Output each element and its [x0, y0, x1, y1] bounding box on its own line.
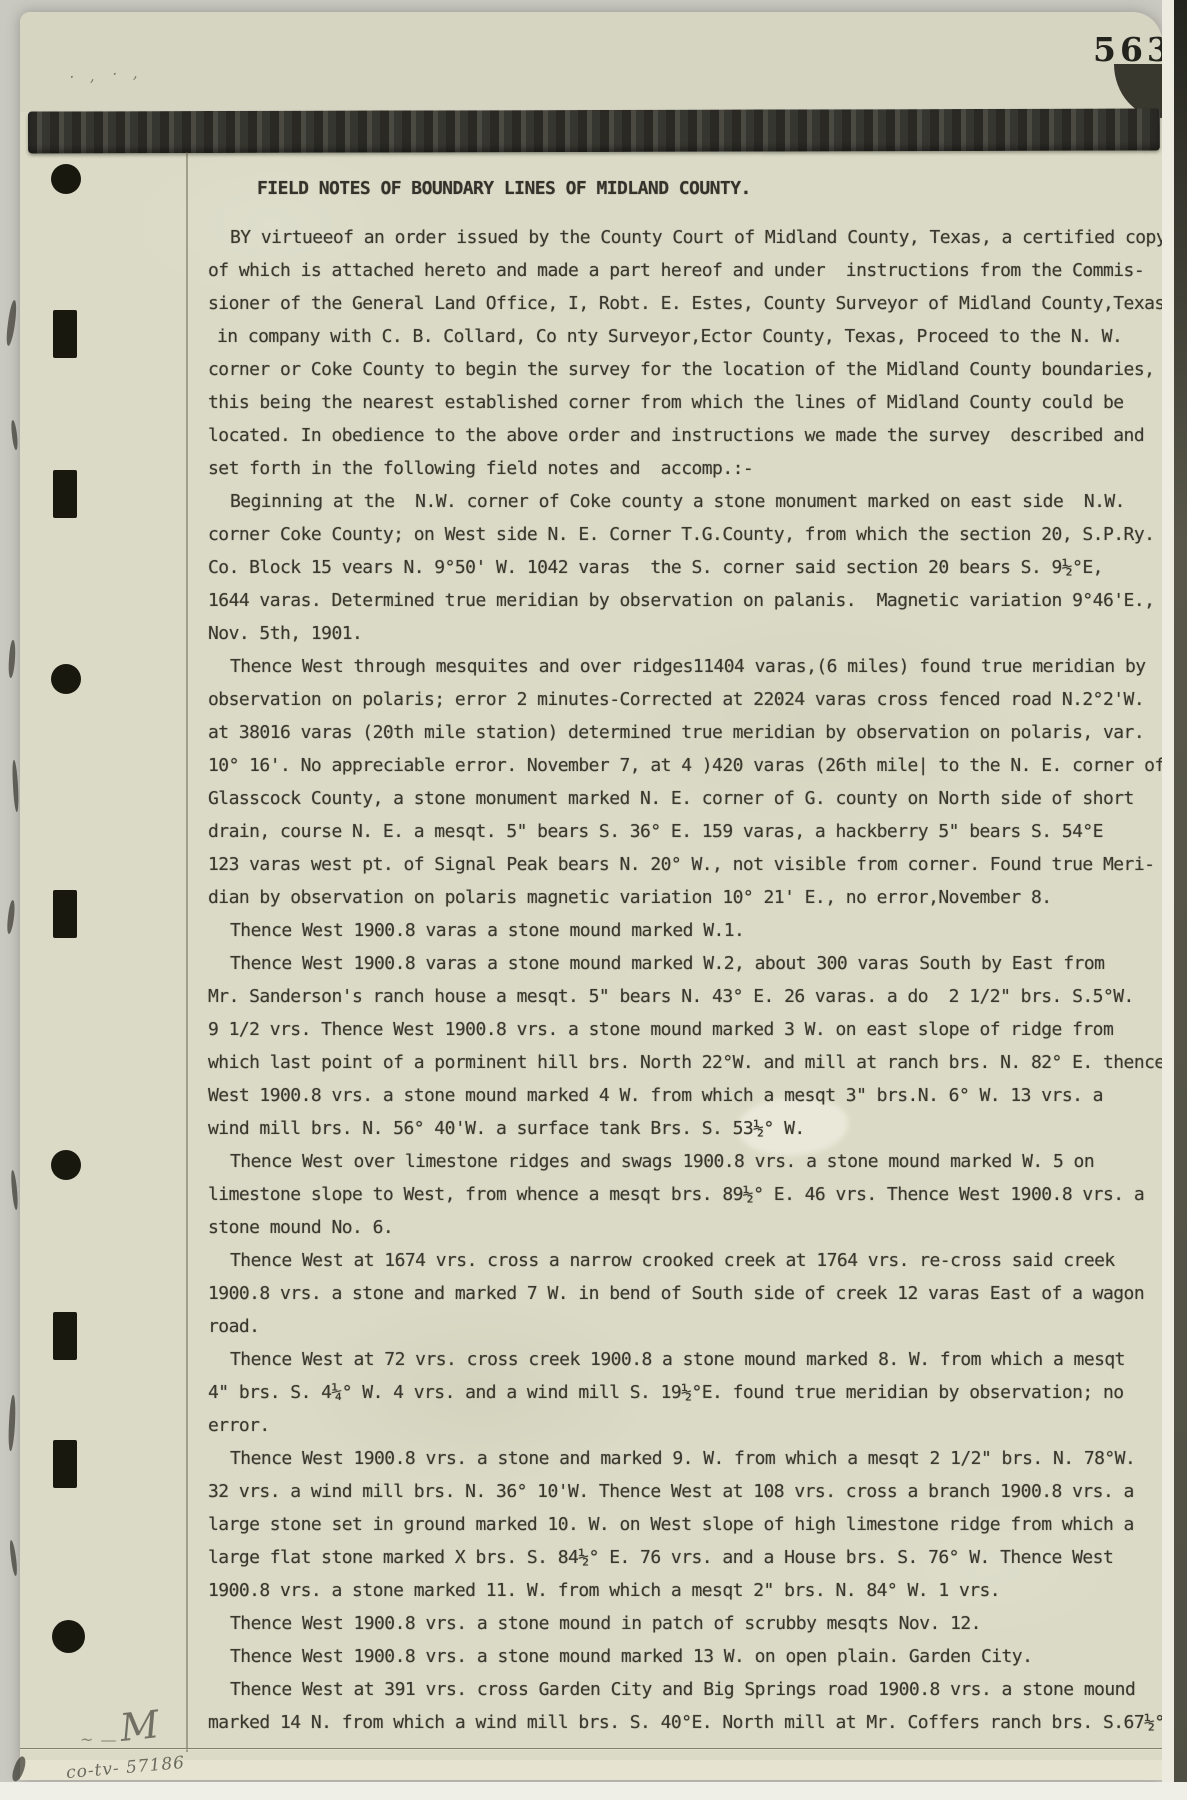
text-line: wind mill brs. N. 56° 40'W. a surface ta…: [208, 1112, 1162, 1145]
text-line: Thence West at 391 vrs. cross Garden Cit…: [208, 1673, 1162, 1706]
document-page: 563 FIELD NOTES OF BOUNDARY LINES OF MID…: [20, 12, 1162, 1780]
text-line: Co. Block 15 vears N. 9°50' W. 1042 vara…: [208, 551, 1162, 584]
typed-field-notes: FIELD NOTES OF BOUNDARY LINES OF MIDLAND…: [208, 172, 1162, 1739]
text-line: dian by observation on polaris magnetic …: [208, 881, 1162, 914]
scan-right-shadow: [1174, 0, 1187, 1800]
text-line: observation on polaris; error 2 minutes-…: [208, 683, 1162, 716]
text-line: road.: [208, 1310, 1162, 1343]
text-line: Thence West 1900.8 vrs. a stone and mark…: [208, 1442, 1162, 1475]
edge-ink-smear: [10, 420, 18, 450]
text-line: of which is attached hereto and made a p…: [208, 254, 1162, 287]
text-line: Thence West 1900.8 vrs. a stone mound ma…: [208, 1640, 1162, 1673]
edge-ink-smear: [8, 1395, 17, 1451]
text-line: 1644 varas. Determined true meridian by …: [208, 584, 1162, 617]
scan-bottom-edge: [0, 1782, 1187, 1800]
binder-hole-circle: [51, 1150, 81, 1180]
page-number: 563: [1093, 30, 1162, 69]
binder-hole-rect: [53, 470, 77, 518]
binder-hole-rect: [53, 890, 77, 938]
pencil-squiggle: ~ —: [80, 1730, 118, 1749]
text-line: Mr. Sanderson's ranch house a mesqt. 5" …: [208, 980, 1162, 1013]
text-line: corner or Coke County to begin the surve…: [208, 353, 1162, 386]
edge-ink-smear: [10, 1170, 18, 1210]
text-line: 1900.8 vrs. a stone and marked 7 W. in b…: [208, 1277, 1162, 1310]
edge-ink-smear: [9, 1540, 18, 1576]
text-line: error.: [208, 1409, 1162, 1442]
document-body: BY virtueeof an order issued by the Coun…: [208, 221, 1162, 1739]
pencil-monogram: M: [118, 1702, 161, 1750]
text-line: limestone slope to West, from whence a m…: [208, 1178, 1162, 1211]
text-line: stone mound No. 6.: [208, 1211, 1162, 1244]
binder-hole-rect: [53, 1440, 77, 1488]
text-line: Thence West at 72 vrs. cross creek 1900.…: [208, 1343, 1162, 1376]
text-line: in company with C. B. Collard, Co nty Su…: [208, 320, 1162, 353]
edge-ink-smear: [6, 900, 16, 934]
binder-hole-circle: [52, 1620, 85, 1653]
text-line: Nov. 5th, 1901.: [208, 617, 1162, 650]
text-line: Beginning at the N.W. corner of Coke cou…: [208, 485, 1162, 518]
page-right-edge: [1162, 0, 1174, 1800]
text-line: large flat stone marked X brs. S. 84½° E…: [208, 1541, 1162, 1574]
edge-ink-smear: [12, 760, 20, 812]
binding-shadow-band: [28, 109, 1160, 154]
edge-ink-smear: [8, 640, 17, 678]
text-line: BY virtueeof an order issued by the Coun…: [208, 221, 1162, 254]
document-title: FIELD NOTES OF BOUNDARY LINES OF MIDLAND…: [208, 172, 1162, 205]
text-line: corner Coke County; on West side N. E. C…: [208, 518, 1162, 551]
text-line: set forth in the following field notes a…: [208, 452, 1162, 485]
text-line: 123 varas west pt. of Signal Peak bears …: [208, 848, 1162, 881]
text-line: 9 1/2 vrs. Thence West 1900.8 vrs. a sto…: [208, 1013, 1162, 1046]
text-line: Thence West through mesquites and over r…: [208, 650, 1162, 683]
text-line: Thence West at 1674 vrs. cross a narrow …: [208, 1244, 1162, 1277]
binder-hole-circle: [51, 164, 81, 194]
text-line: 4" brs. S. 4¼° W. 4 vrs. and a wind mill…: [208, 1376, 1162, 1409]
bottom-rule: [20, 1748, 1162, 1749]
left-margin-rule: [186, 152, 188, 1752]
text-line: marked 14 N. from which a wind mill brs.…: [208, 1706, 1162, 1739]
text-line: located. In obedience to the above order…: [208, 419, 1162, 452]
page-top-edge: [20, 12, 1162, 112]
text-line: Thence West 1900.8 varas a stone mound m…: [208, 914, 1162, 947]
text-line: sioner of the General Land Office, I, Ro…: [208, 287, 1162, 320]
text-line: at 38016 varas (20th mile station) deter…: [208, 716, 1162, 749]
text-line: 1900.8 vrs. a stone marked 11. W. from w…: [208, 1574, 1162, 1607]
text-line: Thence West 1900.8 varas a stone mound m…: [208, 947, 1162, 980]
text-line: large stone set in ground marked 10. W. …: [208, 1508, 1162, 1541]
text-line: 10° 16'. No appreciable error. November …: [208, 749, 1162, 782]
text-line: drain, course N. E. a mesqt. 5" bears S.…: [208, 815, 1162, 848]
edge-ink-smear: [5, 300, 18, 347]
binder-hole-circle: [51, 664, 81, 694]
text-line: this being the nearest established corne…: [208, 386, 1162, 419]
binder-hole-rect: [53, 1312, 77, 1360]
scanned-document-photo: { "page": { "number": "563", "title": "F…: [0, 0, 1187, 1800]
text-line: 32 vrs. a wind mill brs. N. 36° 10'W. Th…: [208, 1475, 1162, 1508]
text-line: Thence West 1900.8 vrs. a stone mound in…: [208, 1607, 1162, 1640]
text-line: Thence West over limestone ridges and sw…: [208, 1145, 1162, 1178]
binder-hole-rect: [53, 310, 77, 358]
page-bottom-edge: [20, 1760, 1162, 1780]
text-line: Glasscock County, a stone monument marke…: [208, 782, 1162, 815]
text-line: West 1900.8 vrs. a stone mound marked 4 …: [208, 1079, 1162, 1112]
text-line: which last point of a porminent hill brs…: [208, 1046, 1162, 1079]
